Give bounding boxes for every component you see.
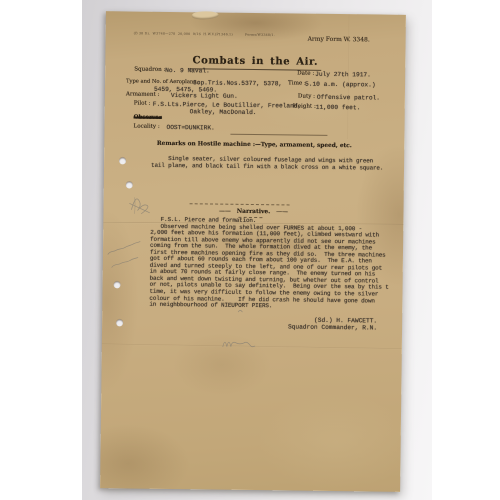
- remarks-heading: Remarks on Hostile machine :—Type, armam…: [104, 140, 404, 150]
- printer-code: (B 38 D). W3748—278 20,000 9/16 H.W.V.(P…: [134, 32, 275, 38]
- pencil-margin-note: [112, 257, 138, 267]
- time-label: Time :: [288, 80, 306, 86]
- locality-label: Locality :: [133, 124, 159, 130]
- pilot-value-2: Oakley, MacDonald.: [190, 108, 257, 116]
- pencil-margin-note: [108, 241, 140, 254]
- narrative-body: F.S.L. Pierce and formation. Observed ma…: [149, 217, 389, 312]
- photo-background: (B 38 D). W3748—278 20,000 9/16 H.W.V.(P…: [82, 0, 432, 500]
- duty-label: Duty :: [298, 94, 315, 100]
- locality-value: OOST=DUNKIRK.: [166, 123, 214, 131]
- heading-dash: ——: [270, 209, 294, 215]
- top-edge-tear: [192, 11, 219, 20]
- signature-block: (Sd.) H. FAWCETT. Squadron Commander, R.…: [252, 316, 377, 332]
- punch-hole: [114, 281, 121, 288]
- document-paper: (B 38 D). W3748—278 20,000 9/16 H.W.V.(P…: [100, 11, 406, 492]
- section-divider-rule: [230, 134, 327, 136]
- pilot-label: Pilot :: [134, 101, 151, 107]
- punch-hole: [126, 181, 133, 188]
- height-value: 11,000 feet.: [316, 103, 361, 111]
- height-label: Height :: [293, 103, 316, 109]
- duty-value: Offensive patrol.: [317, 93, 380, 101]
- heading-dash: ——: [213, 209, 237, 215]
- pencil-initials: [223, 342, 255, 347]
- narrative-heading-text: Narrative.: [237, 208, 270, 215]
- squadron-value: No. 9 Naval.: [165, 66, 210, 74]
- fold-crease: [102, 344, 402, 350]
- armament-label: Armament :: [126, 91, 160, 97]
- narrative-heading: ——Narrative.——: [103, 206, 403, 217]
- date-label: Date :: [297, 71, 314, 77]
- punch-hole: [116, 319, 123, 326]
- pencil-mark: [238, 310, 242, 312]
- army-form-number: Army Form W. 3348.: [308, 36, 370, 44]
- squadron-label: Squadron :: [134, 67, 165, 73]
- observer-label-struck: Observer: [134, 115, 162, 121]
- aeroplane-label: Type and No. of Aeroplane :: [126, 78, 200, 85]
- time-value: 5.10 a.m. (approx.): [305, 80, 376, 88]
- remarks-body: Single seater, silver coloured fuselage …: [151, 156, 383, 172]
- armament-value: Vickers Light Gun.: [171, 91, 238, 99]
- punch-hole: [119, 157, 126, 164]
- date-value: July 27th 1917.: [315, 70, 371, 78]
- narrative-divider-rule: [190, 203, 290, 205]
